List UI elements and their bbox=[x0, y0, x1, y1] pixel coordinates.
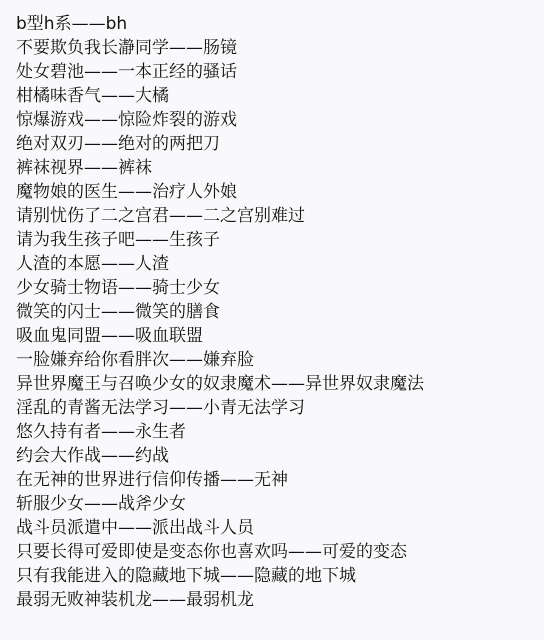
list-item: 微笑的闪士——微笑的膳食 bbox=[16, 300, 424, 324]
list-item: 魔物娘的医生——治疗人外娘 bbox=[16, 180, 424, 204]
list-item: 淫乱的青酱无法学习——小青无法学习 bbox=[16, 396, 424, 420]
list-item: 柑橘味香气——大橘 bbox=[16, 84, 424, 108]
list-item: 少女骑士物语——骑士少女 bbox=[16, 276, 424, 300]
list-item: 请为我生孩子吧——生孩子 bbox=[16, 228, 424, 252]
list-item: 最弱无败神装机龙——最弱机龙 bbox=[16, 588, 424, 612]
list-item: 约会大作战——约战 bbox=[16, 444, 424, 468]
list-item: 一脸嫌弃给你看胖次——嫌弃脸 bbox=[16, 348, 424, 372]
list-item: 悠久持有者——永生者 bbox=[16, 420, 424, 444]
list-item: 人渣的本愿——人渣 bbox=[16, 252, 424, 276]
list-item: 绝对双刃——绝对的两把刀 bbox=[16, 132, 424, 156]
list-item: 不要欺负我长瀞同学——肠镜 bbox=[16, 36, 424, 60]
list-item: 吸血鬼同盟——吸血联盟 bbox=[16, 324, 424, 348]
list-item: 战斗员派遣中——派出战斗人员 bbox=[16, 516, 424, 540]
list-item: b型h系——bh bbox=[16, 12, 424, 36]
list-item: 请别忧伤了二之宫君——二之宫别难过 bbox=[16, 204, 424, 228]
list-item: 裤袜视界——裤袜 bbox=[16, 156, 424, 180]
list-item: 异世界魔王与召唤少女的奴隶魔术——异世界奴隶魔法 bbox=[16, 372, 424, 396]
list-item: 处女碧池——一本正经的骚话 bbox=[16, 60, 424, 84]
list-item: 斩服少女——战斧少女 bbox=[16, 492, 424, 516]
list-item: 在无神的世界进行信仰传播——无神 bbox=[16, 468, 424, 492]
list-item: 只要长得可爱即使是变态你也喜欢吗——可爱的变态 bbox=[16, 540, 424, 564]
list-item: 只有我能进入的隐藏地下城——隐藏的地下城 bbox=[16, 564, 424, 588]
title-alias-list: b型h系——bh 不要欺负我长瀞同学——肠镜 处女碧池——一本正经的骚话 柑橘味… bbox=[16, 12, 424, 612]
list-item: 惊爆游戏——惊险炸裂的游戏 bbox=[16, 108, 424, 132]
